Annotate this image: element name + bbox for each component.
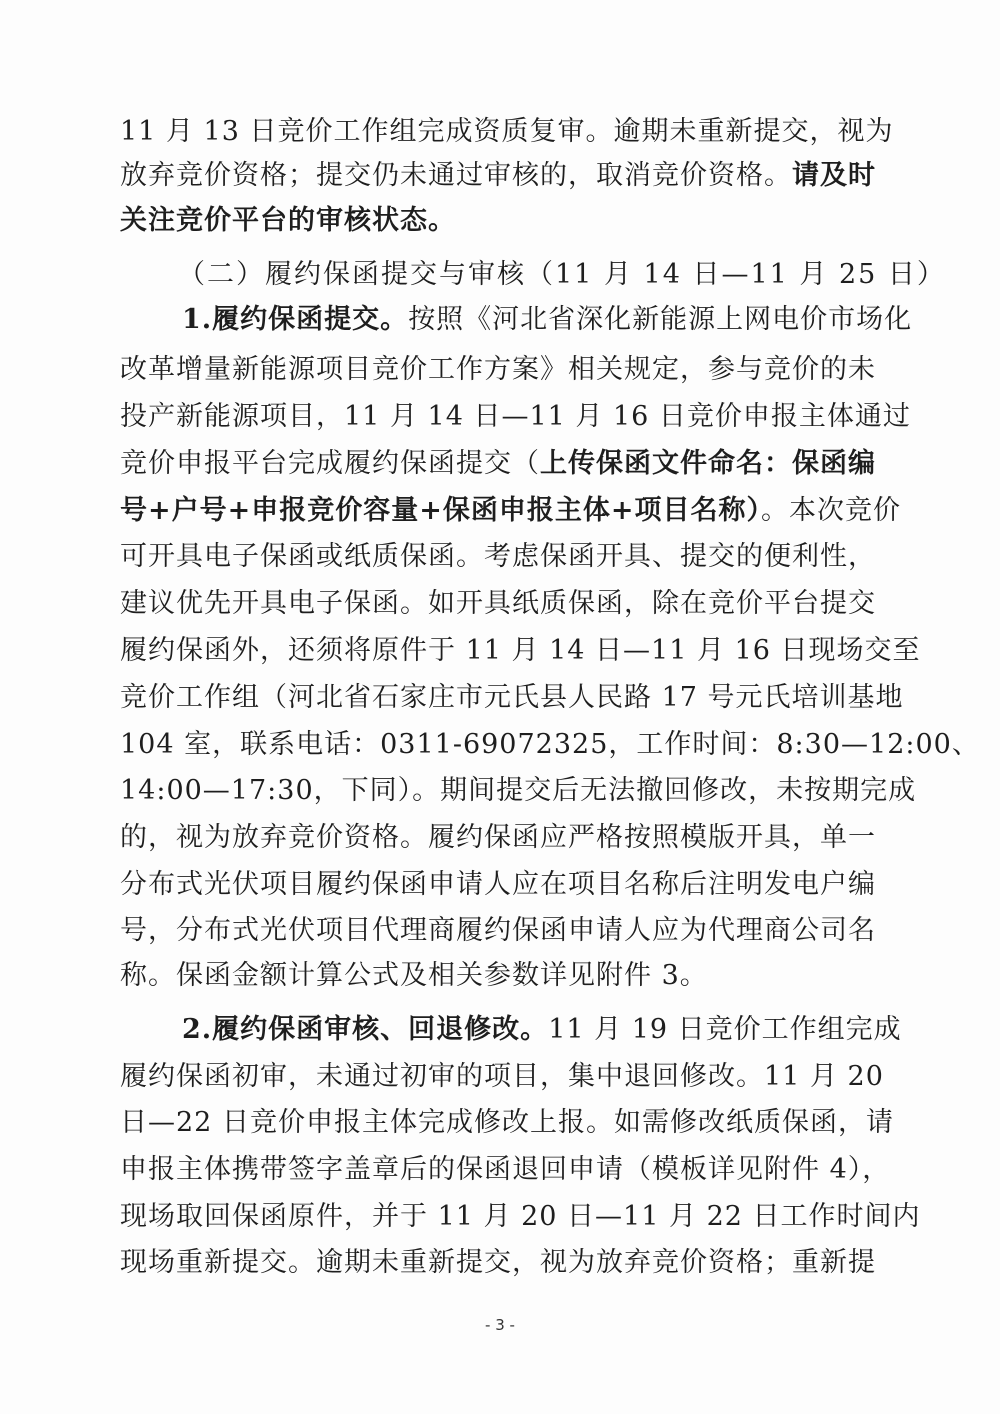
bold-text-segment: 关注竞价平台的审核状态。 (120, 205, 456, 236)
paragraph-1-line: 1.履约保函提交。按照《河北省深化新能源上网电价市场化 (182, 303, 857, 337)
paragraph-1-line: 分布式光伏项目履约保函申请人应在项目名称后注明发电户编 (120, 868, 857, 902)
paragraph-2-line: 日—22 日竞价申报主体完成修改上报。如需修改纸质保函，请 (120, 1106, 857, 1140)
paragraph-2-line: 申报主体携带签字盖章后的保函退回申请（模板详见附件 4）， (120, 1153, 857, 1187)
bold-text-segment: 请及时 (792, 160, 876, 191)
paragraph-2-title: 2.履约保函审核、回退修改。 (182, 1014, 548, 1045)
paragraph-1-line: 投产新能源项目，11 月 14 日—11 月 16 日竞价申报主体通过 (120, 400, 857, 434)
text-segment: 竞价申报平台完成履约保函提交（ (120, 448, 540, 479)
paragraph-1-line: 的，视为放弃竞价资格。履约保函应严格按照模版开具，单一 (120, 821, 857, 855)
text-segment: 。本次竞价 (761, 495, 901, 526)
paragraph-1-line: 改革增量新能源项目竞价工作方案》相关规定，参与竞价的未 (120, 353, 857, 387)
text-line: 关注竞价平台的审核状态。 (120, 204, 857, 238)
paragraph-1-line: 号+户号+申报竞价容量+保函申报主体+项目名称）。本次竞价 (120, 494, 857, 528)
paragraph-1-line: 号，分布式光伏项目代理商履约保函申请人应为代理商公司名 (120, 914, 857, 948)
paragraph-1-line: 竞价工作组（河北省石家庄市元氏县人民路 17 号元氏培训基地 (120, 681, 857, 715)
text-segment: 放弃竞价资格；提交仍未通过审核的，取消竞价资格。 (120, 160, 792, 191)
text-segment: 11 月 19 日竞价工作组完成 (548, 1014, 901, 1045)
paragraph-1-line: 建议优先开具电子保函。如开具纸质保函，除在竞价平台提交 (120, 587, 857, 621)
bold-text-segment: 号+户号+申报竞价容量+保函申报主体+项目名称） (120, 495, 761, 526)
section-heading: （二）履约保函提交与审核（11 月 14 日—11 月 25 日） (178, 258, 823, 292)
text-line: 放弃竞价资格；提交仍未通过审核的，取消竞价资格。请及时 (120, 159, 857, 193)
document-page: 11 月 13 日竞价工作组完成资质复审。逾期未重新提交，视为 放弃竞价资格；提… (0, 0, 1000, 1414)
paragraph-2-line: 现场取回保函原件，并于 11 月 20 日—11 月 22 日工作时间内 (120, 1200, 857, 1234)
text-segment: 11 月 13 日竞价工作组完成资质复审。逾期未重新提交，视为 (120, 116, 893, 147)
bold-text-segment: 上传保函文件命名：保函编 (540, 448, 876, 479)
paragraph-2-line: 履约保函初审，未通过初审的项目，集中退回修改。11 月 20 (120, 1060, 857, 1094)
paragraph-1-line: 竞价申报平台完成履约保函提交（上传保函文件命名：保函编 (120, 447, 857, 481)
paragraph-1-line: 履约保函外，还须将原件于 11 月 14 日—11 月 16 日现场交至 (120, 634, 857, 668)
paragraph-2-line: 现场重新提交。逾期未重新提交，视为放弃竞价资格；重新提 (120, 1246, 857, 1280)
paragraph-2-line: 2.履约保函审核、回退修改。11 月 19 日竞价工作组完成 (182, 1013, 857, 1047)
text-segment: 按照《河北省深化新能源上网电价市场化 (408, 304, 912, 335)
paragraph-1-line: 可开具电子保函或纸质保函。考虑保函开具、提交的便利性， (120, 540, 857, 574)
paragraph-1-line: 104 室，联系电话：0311-69072325，工作时间：8:30—12:00… (120, 728, 857, 762)
page-number: - 3 - (470, 1316, 530, 1334)
text-line: 11 月 13 日竞价工作组完成资质复审。逾期未重新提交，视为 (120, 115, 857, 149)
paragraph-1-line: 称。保函金额计算公式及相关参数详见附件 3。 (120, 959, 857, 993)
paragraph-1-line: 14:00—17:30，下同）。期间提交后无法撤回修改，未按期完成 (120, 774, 857, 808)
paragraph-1-title: 1.履约保函提交。 (182, 304, 408, 335)
